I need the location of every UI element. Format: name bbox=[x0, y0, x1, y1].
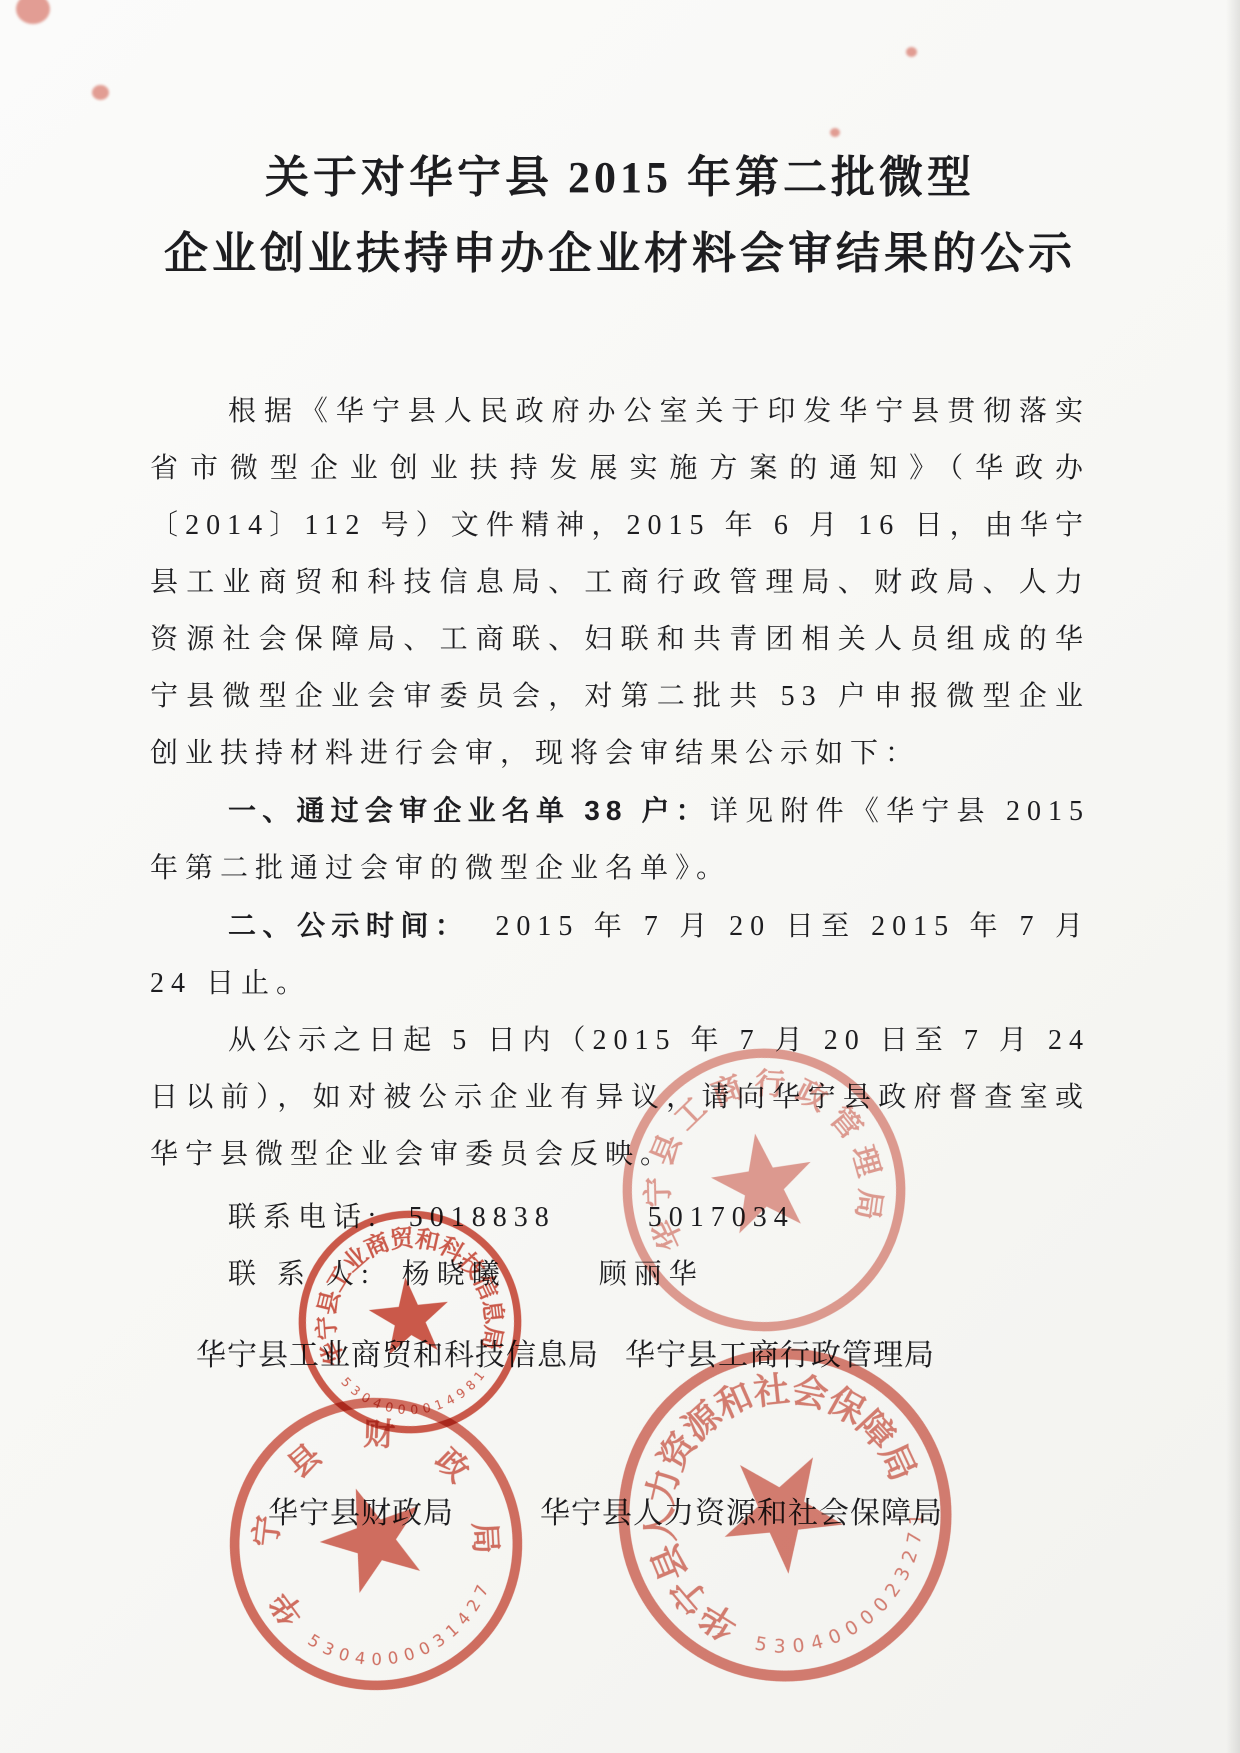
official-seal-human-resources-bureau: 华宁县人力资源和社会保障局 5304000023271 bbox=[542, 1272, 1028, 1753]
title-line-2: 企业创业扶持申办企业材料会审结果的公示 bbox=[0, 226, 1240, 282]
seal-star-icon bbox=[307, 1471, 439, 1600]
seal-star-icon bbox=[696, 1425, 860, 1589]
item2-label: 二、公示时间： bbox=[228, 910, 469, 941]
red-scan-artifact bbox=[830, 128, 840, 137]
red-scan-artifact bbox=[92, 85, 109, 100]
scanned-document-page: 关于对华宁县 2015 年第二批微型 企业创业扶持申办企业材料会审结果的公示 根… bbox=[0, 0, 1240, 1753]
title-line-1: 关于对华宁县 2015 年第二批微型 bbox=[0, 150, 1240, 206]
document-title: 关于对华宁县 2015 年第二批微型 企业创业扶持申办企业材料会审结果的公示 bbox=[0, 0, 1240, 282]
seal-star-icon bbox=[366, 1273, 453, 1357]
item1-label: 一、通过会审企业名单 38 户： bbox=[228, 795, 710, 826]
paragraph-item1: 一、通过会审企业名单 38 户：详见附件《华宁县 2015 年第二批通过会审的微… bbox=[150, 782, 1090, 897]
seal-stamp-icon: 华宁县人力资源和社会保障局 5304000023271 bbox=[542, 1272, 1028, 1753]
seal-star-icon bbox=[705, 1126, 820, 1237]
paragraph-intro: 根据《华宁县人民政府办公室关于印发华宁县贯彻落实省市微型企业创业扶持发展实施方案… bbox=[150, 383, 1090, 782]
red-scan-artifact bbox=[906, 47, 917, 57]
paragraph-item2: 二、公示时间：2015 年 7 月 20 日至 2015 年 7 月 24 日止… bbox=[150, 897, 1090, 1012]
